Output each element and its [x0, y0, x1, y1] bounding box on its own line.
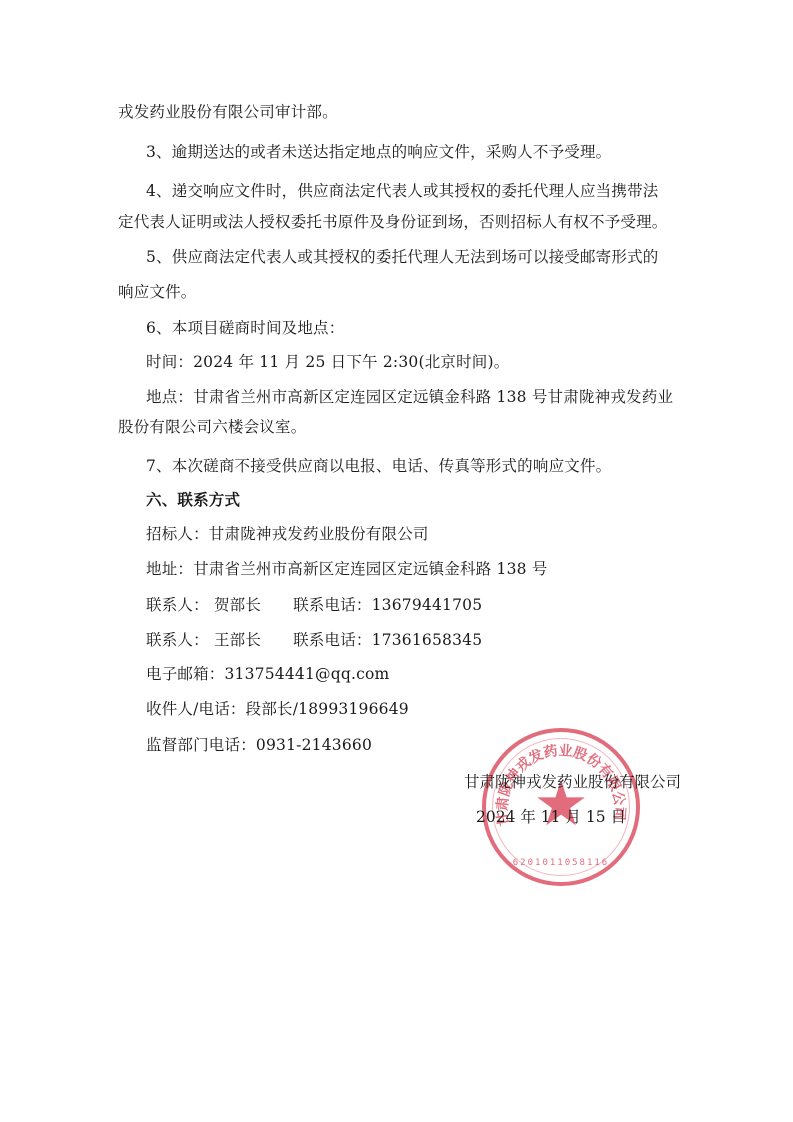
paragraph-item-3: 3、逾期送达的或者未送达指定地点的响应文件，采购人不予受理。 — [146, 140, 611, 162]
paragraph-line: 定代表人证明或法人授权委托书原件及身份证到场，否则招标人有权不予受理。 — [118, 210, 668, 232]
meeting-time: 时间：2024 年 11 月 25 日下午 2:30(北京时间)。 — [146, 350, 509, 372]
phone-label: 联系电话： — [293, 631, 372, 649]
contact-person-2: 联系人： 王部长 联系电话：17361658345 — [146, 628, 482, 650]
paragraph-item-6: 6、本项目磋商时间及地点： — [146, 316, 344, 338]
paragraph-item-4: 4、递交响应文件时，供应商法定代表人或其授权的委托代理人应当携带法 — [146, 179, 658, 201]
seal-number: 6201011058116 — [486, 858, 636, 868]
meeting-location: 地点：甘肃省兰州市高新区定连园区定远镇金科路 138 号甘肃陇神戎发药业 — [146, 385, 673, 407]
paragraph-line: 股份有限公司六楼会议室。 — [118, 415, 306, 437]
contact-label: 联系人： — [146, 596, 209, 614]
signature-company: 甘肃陇神戎发药业股份有限公司 — [464, 770, 681, 792]
contact-person-1: 联系人： 贺部长 联系电话：13679441705 — [146, 593, 482, 615]
phone-label: 联系电话： — [293, 596, 372, 614]
document-page: 戎发药业股份有限公司审计部。 3、逾期送达的或者未送达指定地点的响应文件，采购人… — [0, 0, 793, 1122]
recipient: 收件人/电话：段部长/18993196649 — [146, 697, 409, 719]
email: 电子邮箱：313754441@qq.com — [146, 662, 389, 684]
phone-number: 17361658345 — [372, 631, 483, 649]
paragraph-item-5: 5、供应商法定代表人或其授权的委托代理人无法到场可以接受邮寄形式的 — [146, 245, 658, 267]
section-title: 六、联系方式 — [146, 488, 240, 510]
tenderer: 招标人：甘肃陇神戎发药业股份有限公司 — [146, 522, 429, 544]
paragraph-line: 响应文件。 — [118, 280, 197, 302]
address: 地址：甘肃省兰州市高新区定连园区定远镇金科路 138 号 — [146, 557, 548, 579]
signature-date: 2024 年 11 月 15 日 — [476, 805, 626, 827]
contact-name: 王部长 — [214, 628, 288, 650]
contact-label: 联系人： — [146, 631, 209, 649]
supervision-phone: 监督部门电话：0931-2143660 — [146, 733, 372, 755]
paragraph-item-7: 7、本次磋商不接受供应商以电报、电话、传真等形式的响应文件。 — [146, 454, 611, 476]
contact-name: 贺部长 — [214, 593, 288, 615]
paragraph-line: 戎发药业股份有限公司审计部。 — [118, 100, 338, 122]
phone-number: 13679441705 — [372, 596, 483, 614]
